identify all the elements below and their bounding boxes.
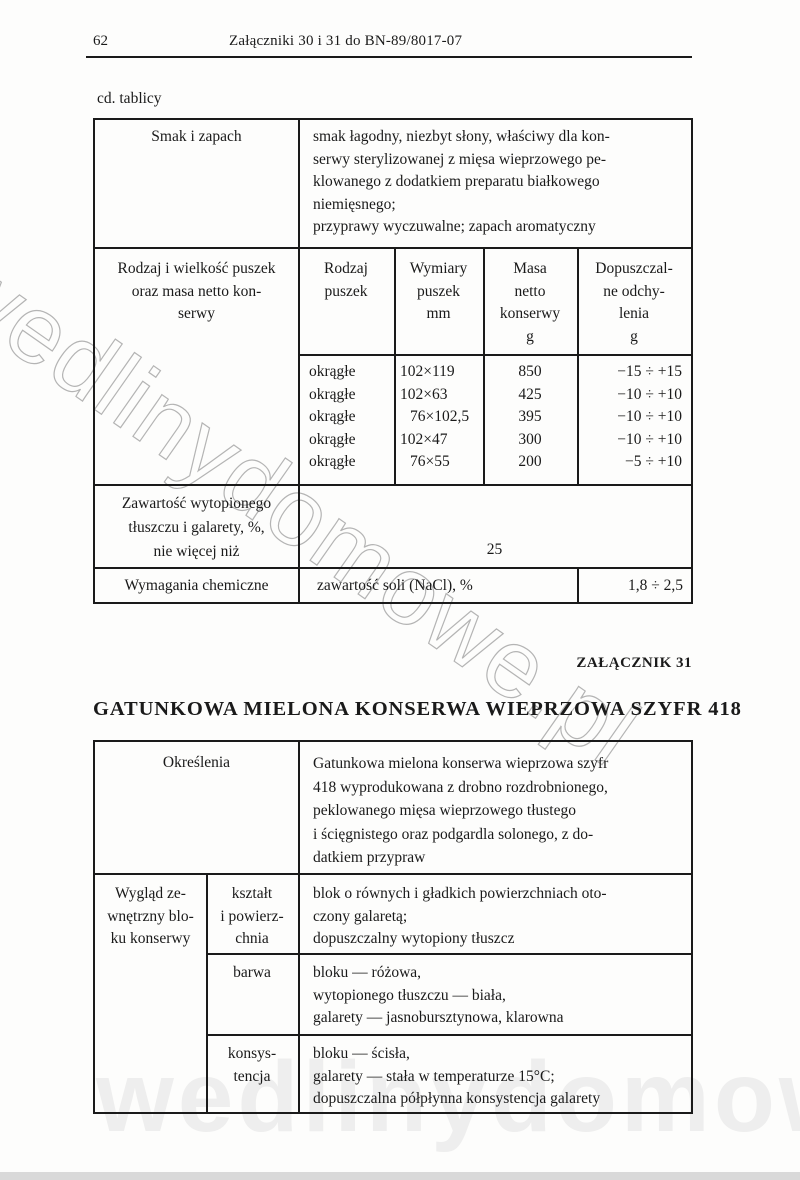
text-line: Rodzaj i wielkość puszek bbox=[95, 258, 298, 281]
text-line: serwy sterylizowanej z mięsa wieprzowego… bbox=[313, 149, 681, 172]
text-line: Dopuszczal- bbox=[577, 258, 691, 281]
taste-smell-label: Smak i zapach bbox=[95, 126, 298, 149]
chemical-label: Wymagania chemiczne bbox=[95, 575, 298, 598]
can-dimensions: 76×102,5 bbox=[410, 406, 493, 429]
divider bbox=[298, 742, 300, 874]
can-mass: 850 bbox=[483, 361, 577, 384]
definition-label: Określenia bbox=[95, 752, 298, 775]
divider bbox=[95, 247, 691, 249]
text-line: tłuszczu i galarety, %, bbox=[95, 516, 298, 540]
text-line: Wygląd ze- bbox=[95, 883, 206, 906]
divider bbox=[298, 120, 300, 568]
col-header-deviation: Dopuszczal- ne odchy- lenia g bbox=[577, 258, 691, 348]
text-line: niemięsnego; bbox=[313, 194, 681, 217]
text-line: chnia bbox=[206, 928, 298, 951]
text-line: Gatunkowa mielona konserwa wieprzowa szy… bbox=[313, 752, 681, 776]
chemical-parameter: zawartość soli (NaCl), % bbox=[317, 575, 577, 598]
divider bbox=[206, 953, 691, 955]
can-mass: 395 bbox=[483, 406, 577, 429]
can-deviation: −10 ÷ +10 bbox=[577, 384, 682, 407]
text-line: mm bbox=[394, 303, 483, 326]
product-spec-table: Określenia Gatunkowa mielona konserwa wi… bbox=[93, 740, 693, 1114]
annex-label: ZAŁĄCZNIK 31 bbox=[576, 655, 692, 672]
divider bbox=[95, 567, 691, 569]
can-dimensions: 76×55 bbox=[410, 451, 493, 474]
page-bottom-edge bbox=[0, 1172, 800, 1180]
divider bbox=[298, 354, 691, 356]
divider bbox=[298, 874, 300, 1114]
text-line: puszek bbox=[394, 281, 483, 304]
can-deviation: −10 ÷ +10 bbox=[577, 429, 682, 452]
table-continued: Smak i zapach smak łagodny, niezbyt słon… bbox=[93, 118, 693, 604]
col-header-type: Rodzaj puszek bbox=[298, 258, 394, 303]
can-dimensions: 102×119 bbox=[400, 361, 483, 384]
text-line: galarety — stała w temperaturze 15°C; bbox=[313, 1066, 688, 1089]
text-line: i ścięgnistego oraz podgardla solonego, … bbox=[313, 823, 681, 847]
text-line: netto bbox=[483, 281, 577, 304]
text-line: przyprawy wyczuwalne; zapach aromatyczny bbox=[313, 216, 681, 239]
chemical-value: 1,8 ÷ 2,5 bbox=[577, 575, 683, 598]
text-line: smak łagodny, niezbyt słony, właściwy dl… bbox=[313, 126, 681, 149]
text-line: datkiem przypraw bbox=[313, 846, 681, 870]
text-line: klowanego z dodatkiem preparatu białkowe… bbox=[313, 171, 681, 194]
can-deviation: −10 ÷ +10 bbox=[577, 406, 682, 429]
text-line: puszek bbox=[298, 281, 394, 304]
text-line: tencja bbox=[206, 1066, 298, 1089]
text-line: galarety — jasnobursztynowa, klarowna bbox=[313, 1007, 681, 1030]
text-line: konsys- bbox=[206, 1043, 298, 1066]
col-header-mass: Masa netto konserwy g bbox=[483, 258, 577, 348]
text-line: konserwy bbox=[483, 303, 577, 326]
text-line: dopuszczalna półpłynna konsystencja gala… bbox=[313, 1088, 688, 1111]
divider bbox=[298, 568, 300, 604]
cans-label: Rodzaj i wielkość puszek oraz masa netto… bbox=[95, 258, 298, 326]
divider bbox=[95, 873, 691, 875]
shape-surface-label: kształt i powierz- chnia bbox=[206, 883, 298, 951]
fat-jelly-label: Zawartość wytopionego tłuszczu i galaret… bbox=[95, 492, 298, 564]
text-line: g bbox=[483, 326, 577, 349]
can-type: okrągłe bbox=[309, 451, 394, 474]
text-line: lenia bbox=[577, 303, 691, 326]
can-type: okrągłe bbox=[309, 429, 394, 452]
can-mass: 200 bbox=[483, 451, 577, 474]
appearance-label: Wygląd ze- wnętrzny blo- ku konserwy bbox=[95, 883, 206, 951]
text-line: Rodzaj bbox=[298, 258, 394, 281]
text-line: nie więcej niż bbox=[95, 540, 298, 564]
text-line: kształt bbox=[206, 883, 298, 906]
can-mass: 300 bbox=[483, 429, 577, 452]
col-header-dimensions: Wymiary puszek mm bbox=[394, 258, 483, 326]
text-line: dopuszczalny wytopiony tłuszcz bbox=[313, 928, 681, 951]
text-line: i powierz- bbox=[206, 906, 298, 929]
page-number: 62 bbox=[93, 33, 108, 50]
text-line: peklowanego mięsa wieprzowego tłustego bbox=[313, 799, 681, 823]
can-deviation: −5 ÷ +10 bbox=[577, 451, 682, 474]
text-line: oraz masa netto kon- bbox=[95, 281, 298, 304]
shape-surface-description: blok o równych i gładkich powierzchniach… bbox=[313, 883, 681, 951]
text-line: bloku — ścisła, bbox=[313, 1043, 688, 1066]
divider bbox=[206, 1034, 691, 1036]
text-line: Wymiary bbox=[394, 258, 483, 281]
fat-jelly-value: 25 bbox=[298, 539, 691, 562]
color-description: bloku — różowa, wytopionego tłuszczu — b… bbox=[313, 962, 681, 1030]
text-line: wnętrzny blo- bbox=[95, 906, 206, 929]
definition-description: Gatunkowa mielona konserwa wieprzowa szy… bbox=[313, 752, 681, 870]
color-label: barwa bbox=[206, 962, 298, 985]
can-dimensions: 102×63 bbox=[400, 384, 483, 407]
text-line: czony galaretą; bbox=[313, 906, 681, 929]
taste-smell-description: smak łagodny, niezbyt słony, właściwy dl… bbox=[313, 126, 681, 239]
can-dimensions: 102×47 bbox=[400, 429, 483, 452]
text-line: g bbox=[577, 326, 691, 349]
can-type: okrągłe bbox=[309, 406, 394, 429]
document-title: GATUNKOWA MIELONA KONSERWA WIEPRZOWA SZY… bbox=[93, 698, 742, 721]
text-line: wytopionego tłuszczu — biała, bbox=[313, 985, 681, 1008]
continuation-label: cd. tablicy bbox=[97, 90, 162, 108]
header-rule bbox=[86, 56, 692, 58]
text-line: bloku — różowa, bbox=[313, 962, 681, 985]
consistency-label: konsys- tencja bbox=[206, 1043, 298, 1088]
can-mass: 425 bbox=[483, 384, 577, 407]
text-line: Zawartość wytopionego bbox=[95, 492, 298, 516]
running-title: Załączniki 30 i 31 do BN-89/8017-07 bbox=[229, 33, 462, 50]
text-line: ku konserwy bbox=[95, 928, 206, 951]
text-line: Masa bbox=[483, 258, 577, 281]
text-line: barwa bbox=[206, 962, 298, 985]
text-line: serwy bbox=[95, 303, 298, 326]
consistency-description: bloku — ścisła, galarety — stała w tempe… bbox=[313, 1043, 688, 1111]
can-type: okrągłe bbox=[309, 361, 394, 384]
text-line: blok o równych i gładkich powierzchniach… bbox=[313, 883, 681, 906]
text-line: 418 wyprodukowana z drobno rozdrobnioneg… bbox=[313, 776, 681, 800]
can-type: okrągłe bbox=[309, 384, 394, 407]
divider bbox=[95, 484, 691, 486]
can-deviation: −15 ÷ +15 bbox=[577, 361, 682, 384]
text-line: ne odchy- bbox=[577, 281, 691, 304]
